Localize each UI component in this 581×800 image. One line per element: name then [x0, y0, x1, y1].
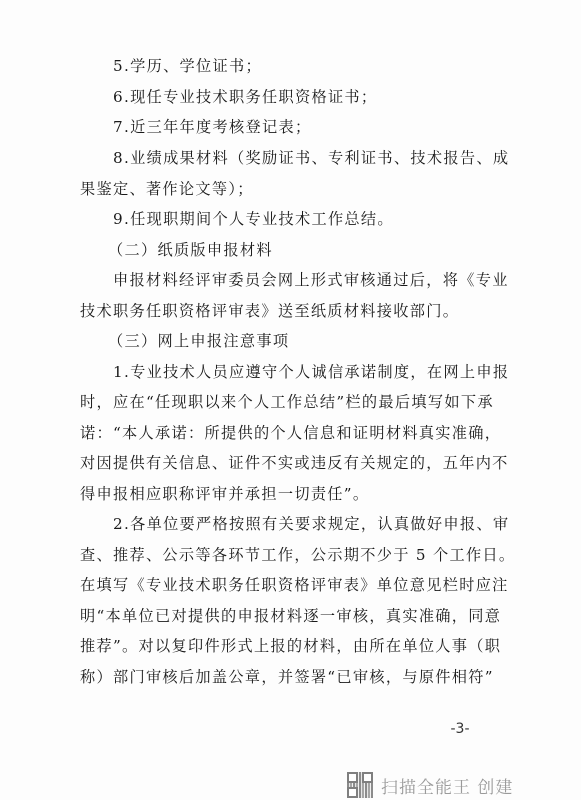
qr-code-icon [347, 772, 373, 798]
text-line: 查、推荐、公示等各环节工作，公示期不少于 5 个工作日。 [80, 545, 480, 565]
text-line: 时，应在“任现职以来个人工作总结”栏的最后填写如下承 [80, 392, 480, 412]
text-line: 申报材料经评审委员会网上形式审核通过后，将《专业 [113, 270, 513, 290]
text-line: 推荐”。对以复印件形式上报的材料，由所在单位人事（职 [80, 636, 480, 656]
text-line: 2.各单位要严格按照有关要求规定，认真做好申报、审 [113, 514, 513, 534]
text-line: 对因提供有关信息、证件不实或违反有关规定的，五年内不 [80, 453, 480, 473]
text-line: 称）部门审核后加盖公章，并签署“已审核，与原件相符” [80, 667, 480, 687]
text-line: 6.现任专业技术职务任职资格证书； [113, 87, 513, 107]
text-line: 1.专业技术人员应遵守个人诚信承诺制度，在网上申报 [113, 362, 513, 382]
scanner-watermark: 扫描全能王 创建 [347, 771, 513, 799]
text-line: 诺：“本人承诺：所提供的个人信息和证明材料真实准确， [80, 423, 480, 443]
page-number: -3- [440, 719, 480, 739]
document-page: 5.学历、学位证书； 6.现任专业技术职务任职资格证书； 7.近三年年度考核登记… [0, 0, 581, 800]
text-line: 8.业绩成果材料（奖励证书、专利证书、技术报告、成 [113, 148, 513, 168]
text-line: 9.任现职期间个人专业技术工作总结。 [113, 209, 513, 229]
text-line: 果鉴定、著作论文等）； [80, 179, 480, 199]
text-line: 在填写《专业技术职务任职资格评审表》单位意见栏时应注 [80, 575, 480, 595]
text-line: 技术职务任职资格评审表》送至纸质材料接收部门。 [80, 301, 480, 321]
section-heading: （三）网上申报注意事项 [108, 331, 508, 351]
text-line: 7.近三年年度考核登记表； [113, 117, 513, 137]
watermark-text: 扫描全能王 创建 [381, 773, 513, 798]
text-line: 明“本单位已对提供的申报材料逐一审核，真实准确，同意 [80, 606, 480, 626]
text-line: 5.学历、学位证书； [113, 56, 513, 76]
text-line: 得申报相应职称评审并承担一切责任”。 [80, 484, 480, 504]
cut-off-footer-text [232, 794, 262, 800]
section-heading: （二）纸质版申报材料 [108, 240, 508, 260]
